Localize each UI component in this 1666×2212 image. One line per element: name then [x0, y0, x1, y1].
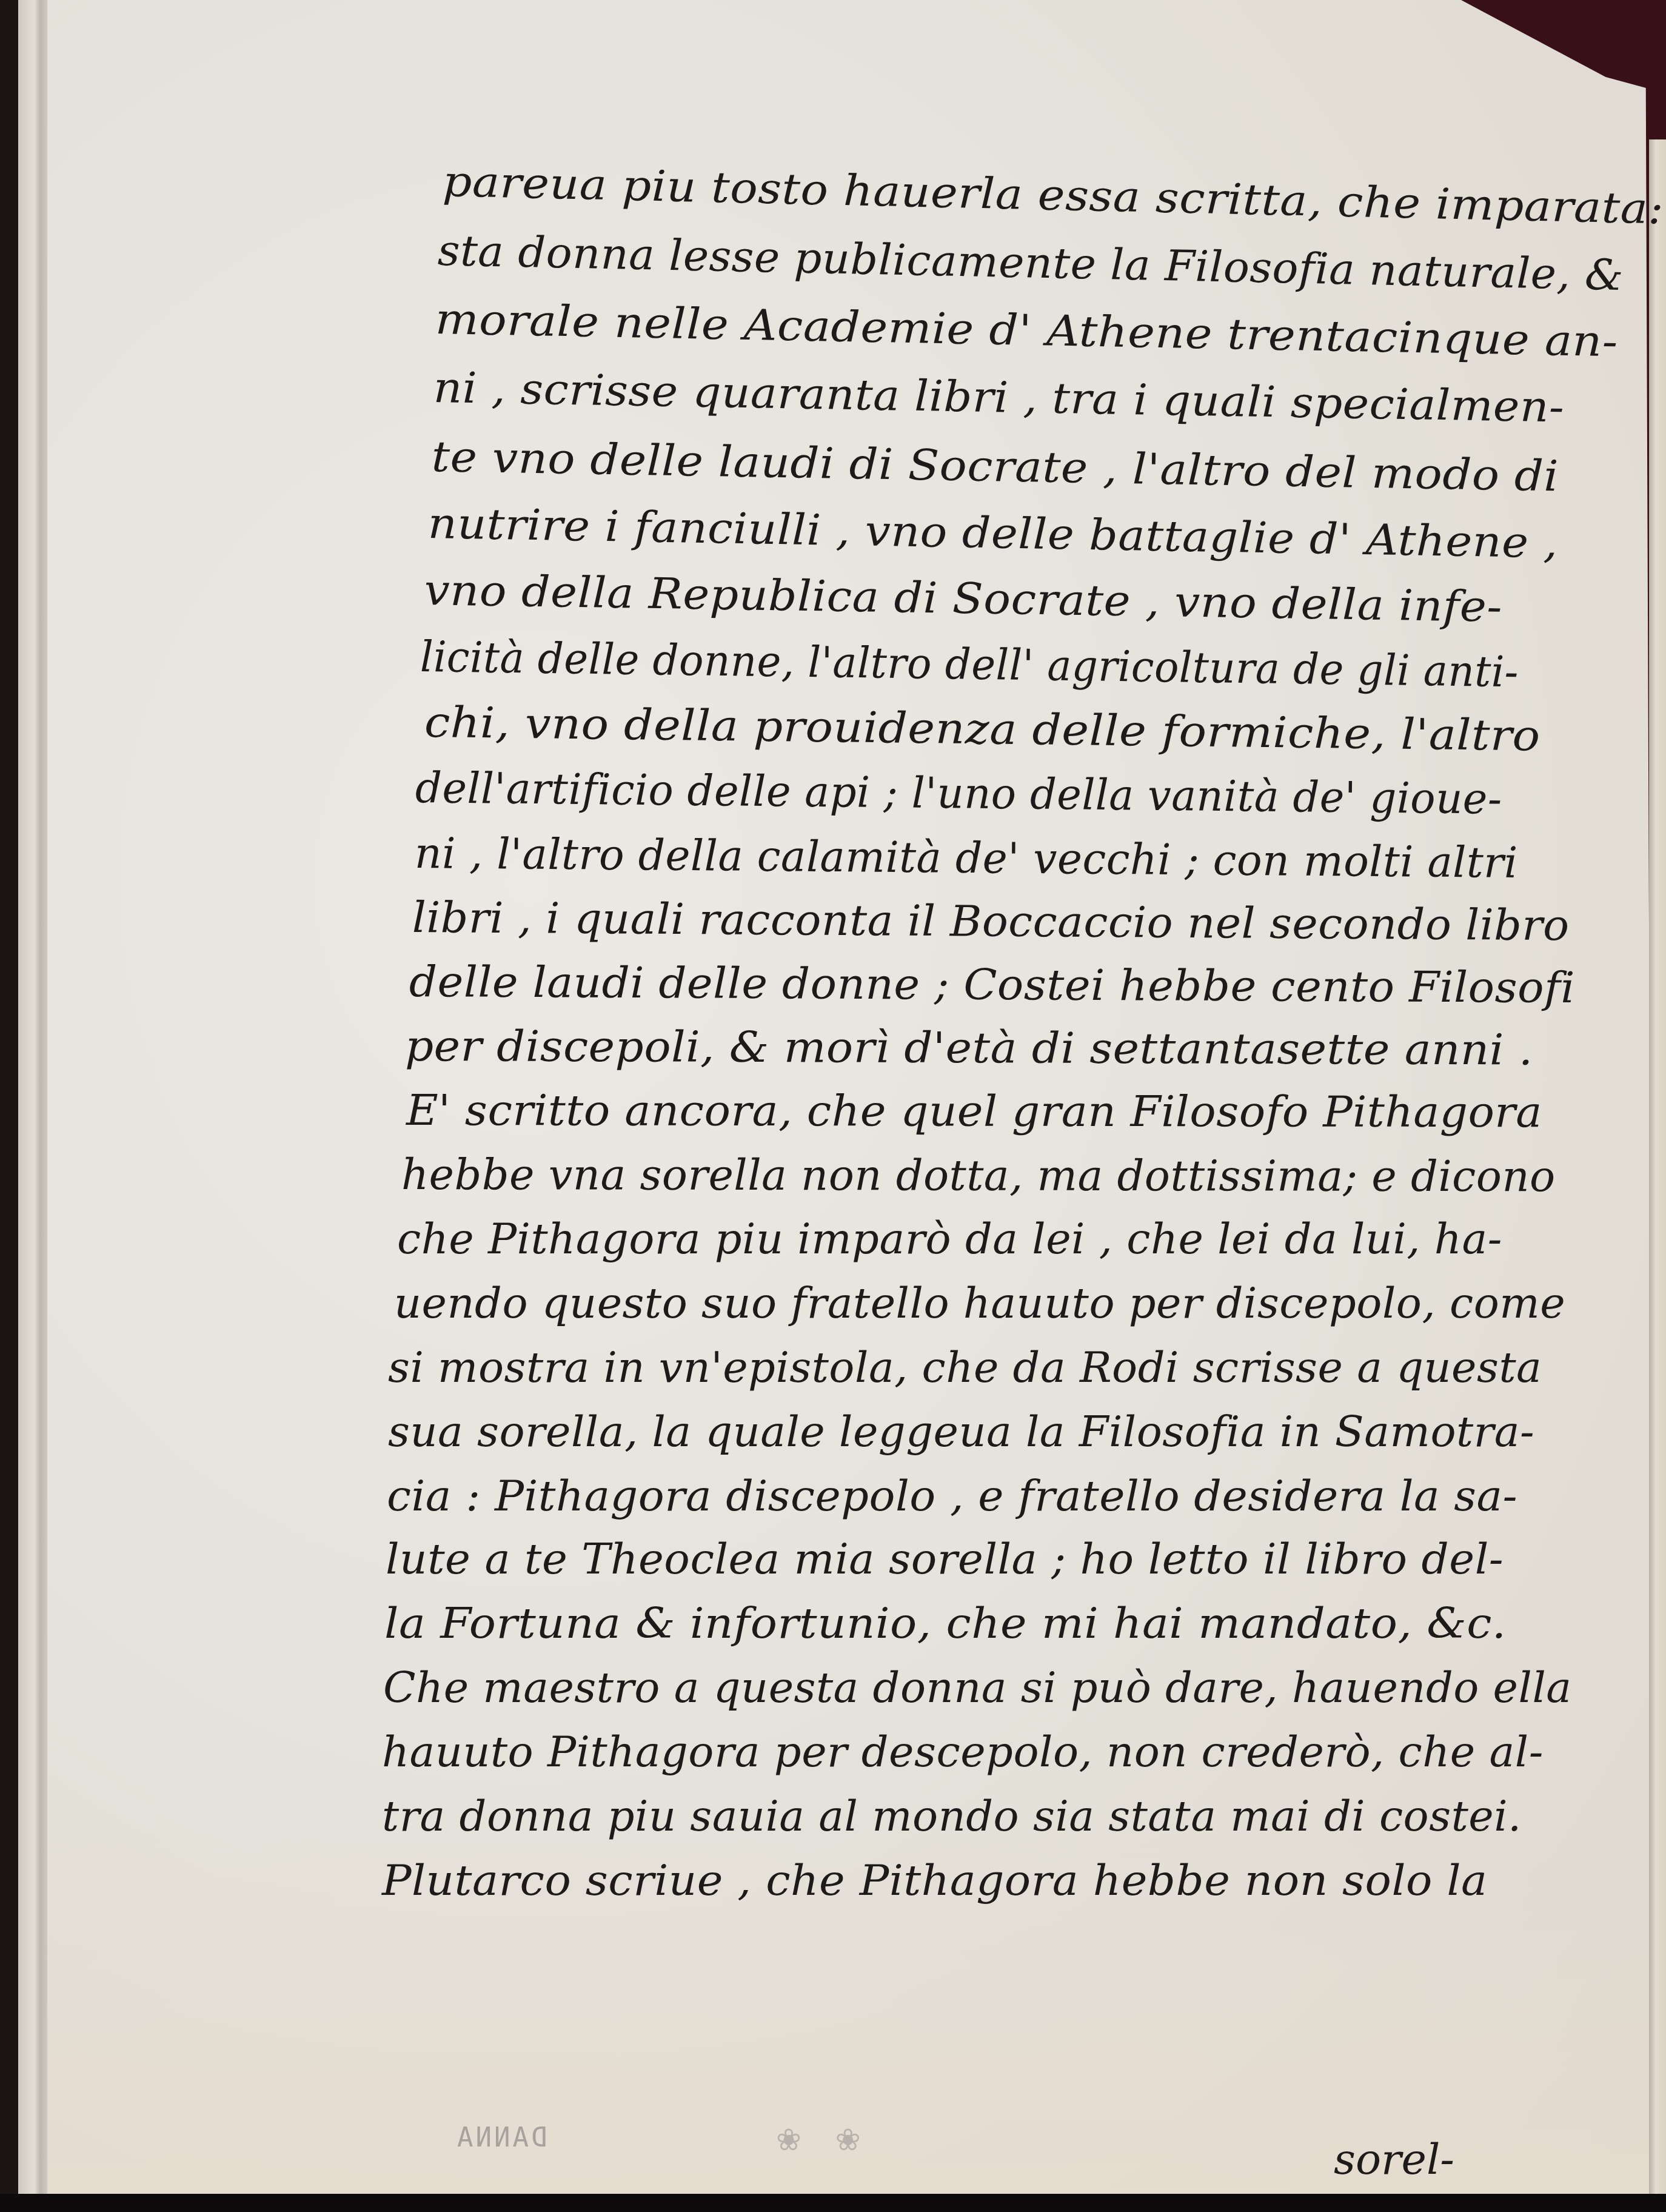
text-line: pareua piu tosto hauerla essa scritta, c…	[442, 156, 1666, 236]
text-line: Che maestro a questa donna si può dare, …	[383, 1663, 1572, 1712]
text-line: hebbe vna sorella non dotta, ma dottissi…	[401, 1150, 1556, 1201]
text-line: vno della Republica di Socrate , vno del…	[424, 565, 1502, 632]
text-line: ni , scrisse quaranta libri , tra i qual…	[433, 363, 1565, 432]
text-line: per discepoli, & morì d'età di settantas…	[405, 1021, 1533, 1074]
text-line: tra donna piu sauia al mondo sia stata m…	[382, 1791, 1522, 1841]
text-line: te vno delle laudi di Socrate , l'altro …	[431, 432, 1559, 501]
text-line: cia : Pithagora discepolo , e fratello d…	[387, 1471, 1517, 1521]
text-line: la Fortuna & infortunio, che mi hai mand…	[384, 1598, 1507, 1648]
text-line: ni , l'altro della calamità de' vecchi ;…	[415, 828, 1518, 888]
text-line: chi, vno della prouidenza delle formiche…	[424, 697, 1541, 760]
text-line: delle laudi delle donne ; Costei hebbe c…	[409, 957, 1575, 1013]
text-line: dell'artificio delle api ; l'uno della v…	[415, 763, 1502, 824]
text-line: lute a te Theoclea mia sorella ; ho lett…	[386, 1534, 1504, 1584]
photo-background-bottom	[0, 2194, 1666, 2212]
text-line: sua sorella, la quale leggeua la Filosof…	[388, 1407, 1534, 1456]
catchword: sorel-	[1334, 2134, 1454, 2184]
text-line: che Pithagora piu imparò da lei , che le…	[397, 1214, 1502, 1264]
stamp-ornament: ❀ ❀	[776, 2122, 873, 2157]
text-line: uendo questo suo fratello hauuto per dis…	[394, 1278, 1565, 1328]
text-line: si mostra in vn'epistola, che da Rodi sc…	[388, 1342, 1542, 1392]
text-line: hauuto Pithagora per descepolo, non cred…	[382, 1727, 1544, 1777]
text-line: E' scritto ancora, che quel gran Filosof…	[406, 1085, 1542, 1137]
library-stamp: DANNA	[455, 2122, 547, 2153]
text-line: sta donna lesse publicamente la Filosofi…	[437, 226, 1624, 300]
text-line: libri , i quali racconta il Boccaccio ne…	[412, 893, 1570, 950]
text-line: licità delle donne, l'altro dell' agrico…	[420, 632, 1519, 697]
text-line: Plutarco scriue , che Pithagora hebbe no…	[382, 1855, 1487, 1905]
page-text-block: pareua piu tosto hauerla essa scritta, c…	[0, 0, 1666, 2212]
text-line: nutrire i fanciulli , vno delle battagli…	[427, 498, 1558, 568]
text-line: morale nelle Academie d' Athene trentaci…	[435, 294, 1618, 366]
